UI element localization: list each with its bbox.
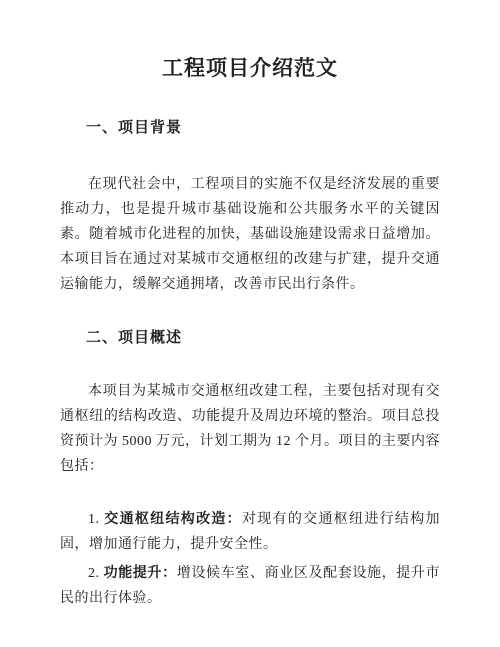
- project-content-list: 1.交通枢纽结构改造：对现有的交通枢纽进行结构加固，增加通行能力，提升安全性。 …: [60, 507, 440, 611]
- list-item: 1.交通枢纽结构改造：对现有的交通枢纽进行结构加固，增加通行能力，提升安全性。: [60, 507, 440, 557]
- list-item-number: 1.: [88, 512, 100, 527]
- page-title: 工程项目介绍范文: [60, 55, 440, 83]
- section-2-paragraph: 本项目为某城市交通枢纽改建工程，主要包括对现有交通枢纽的结构改造、功能提升及周边…: [60, 379, 440, 479]
- section-1-heading: 一、项目背景: [60, 118, 440, 138]
- list-item-number: 2.: [88, 566, 100, 581]
- list-item-term: 功能提升：: [104, 566, 177, 581]
- section-project-background: 一、项目背景 在现代社会中，工程项目的实施不仅是经济发展的重要推动力，也是提升城…: [60, 118, 440, 297]
- section-2-heading: 二、项目概述: [60, 328, 440, 348]
- section-project-overview: 二、项目概述 本项目为某城市交通枢纽改建工程，主要包括对现有交通枢纽的结构改造、…: [60, 328, 440, 611]
- list-item-term: 交通枢纽结构改造：: [104, 512, 242, 527]
- document-page: 工程项目介绍范文 一、项目背景 在现代社会中，工程项目的实施不仅是经济发展的重要…: [0, 0, 500, 647]
- section-1-paragraph: 在现代社会中，工程项目的实施不仅是经济发展的重要推动力，也是提升城市基础设施和公…: [60, 172, 440, 297]
- list-item: 2.功能提升：增设候车室、商业区及配套设施，提升市民的出行体验。: [60, 561, 440, 611]
